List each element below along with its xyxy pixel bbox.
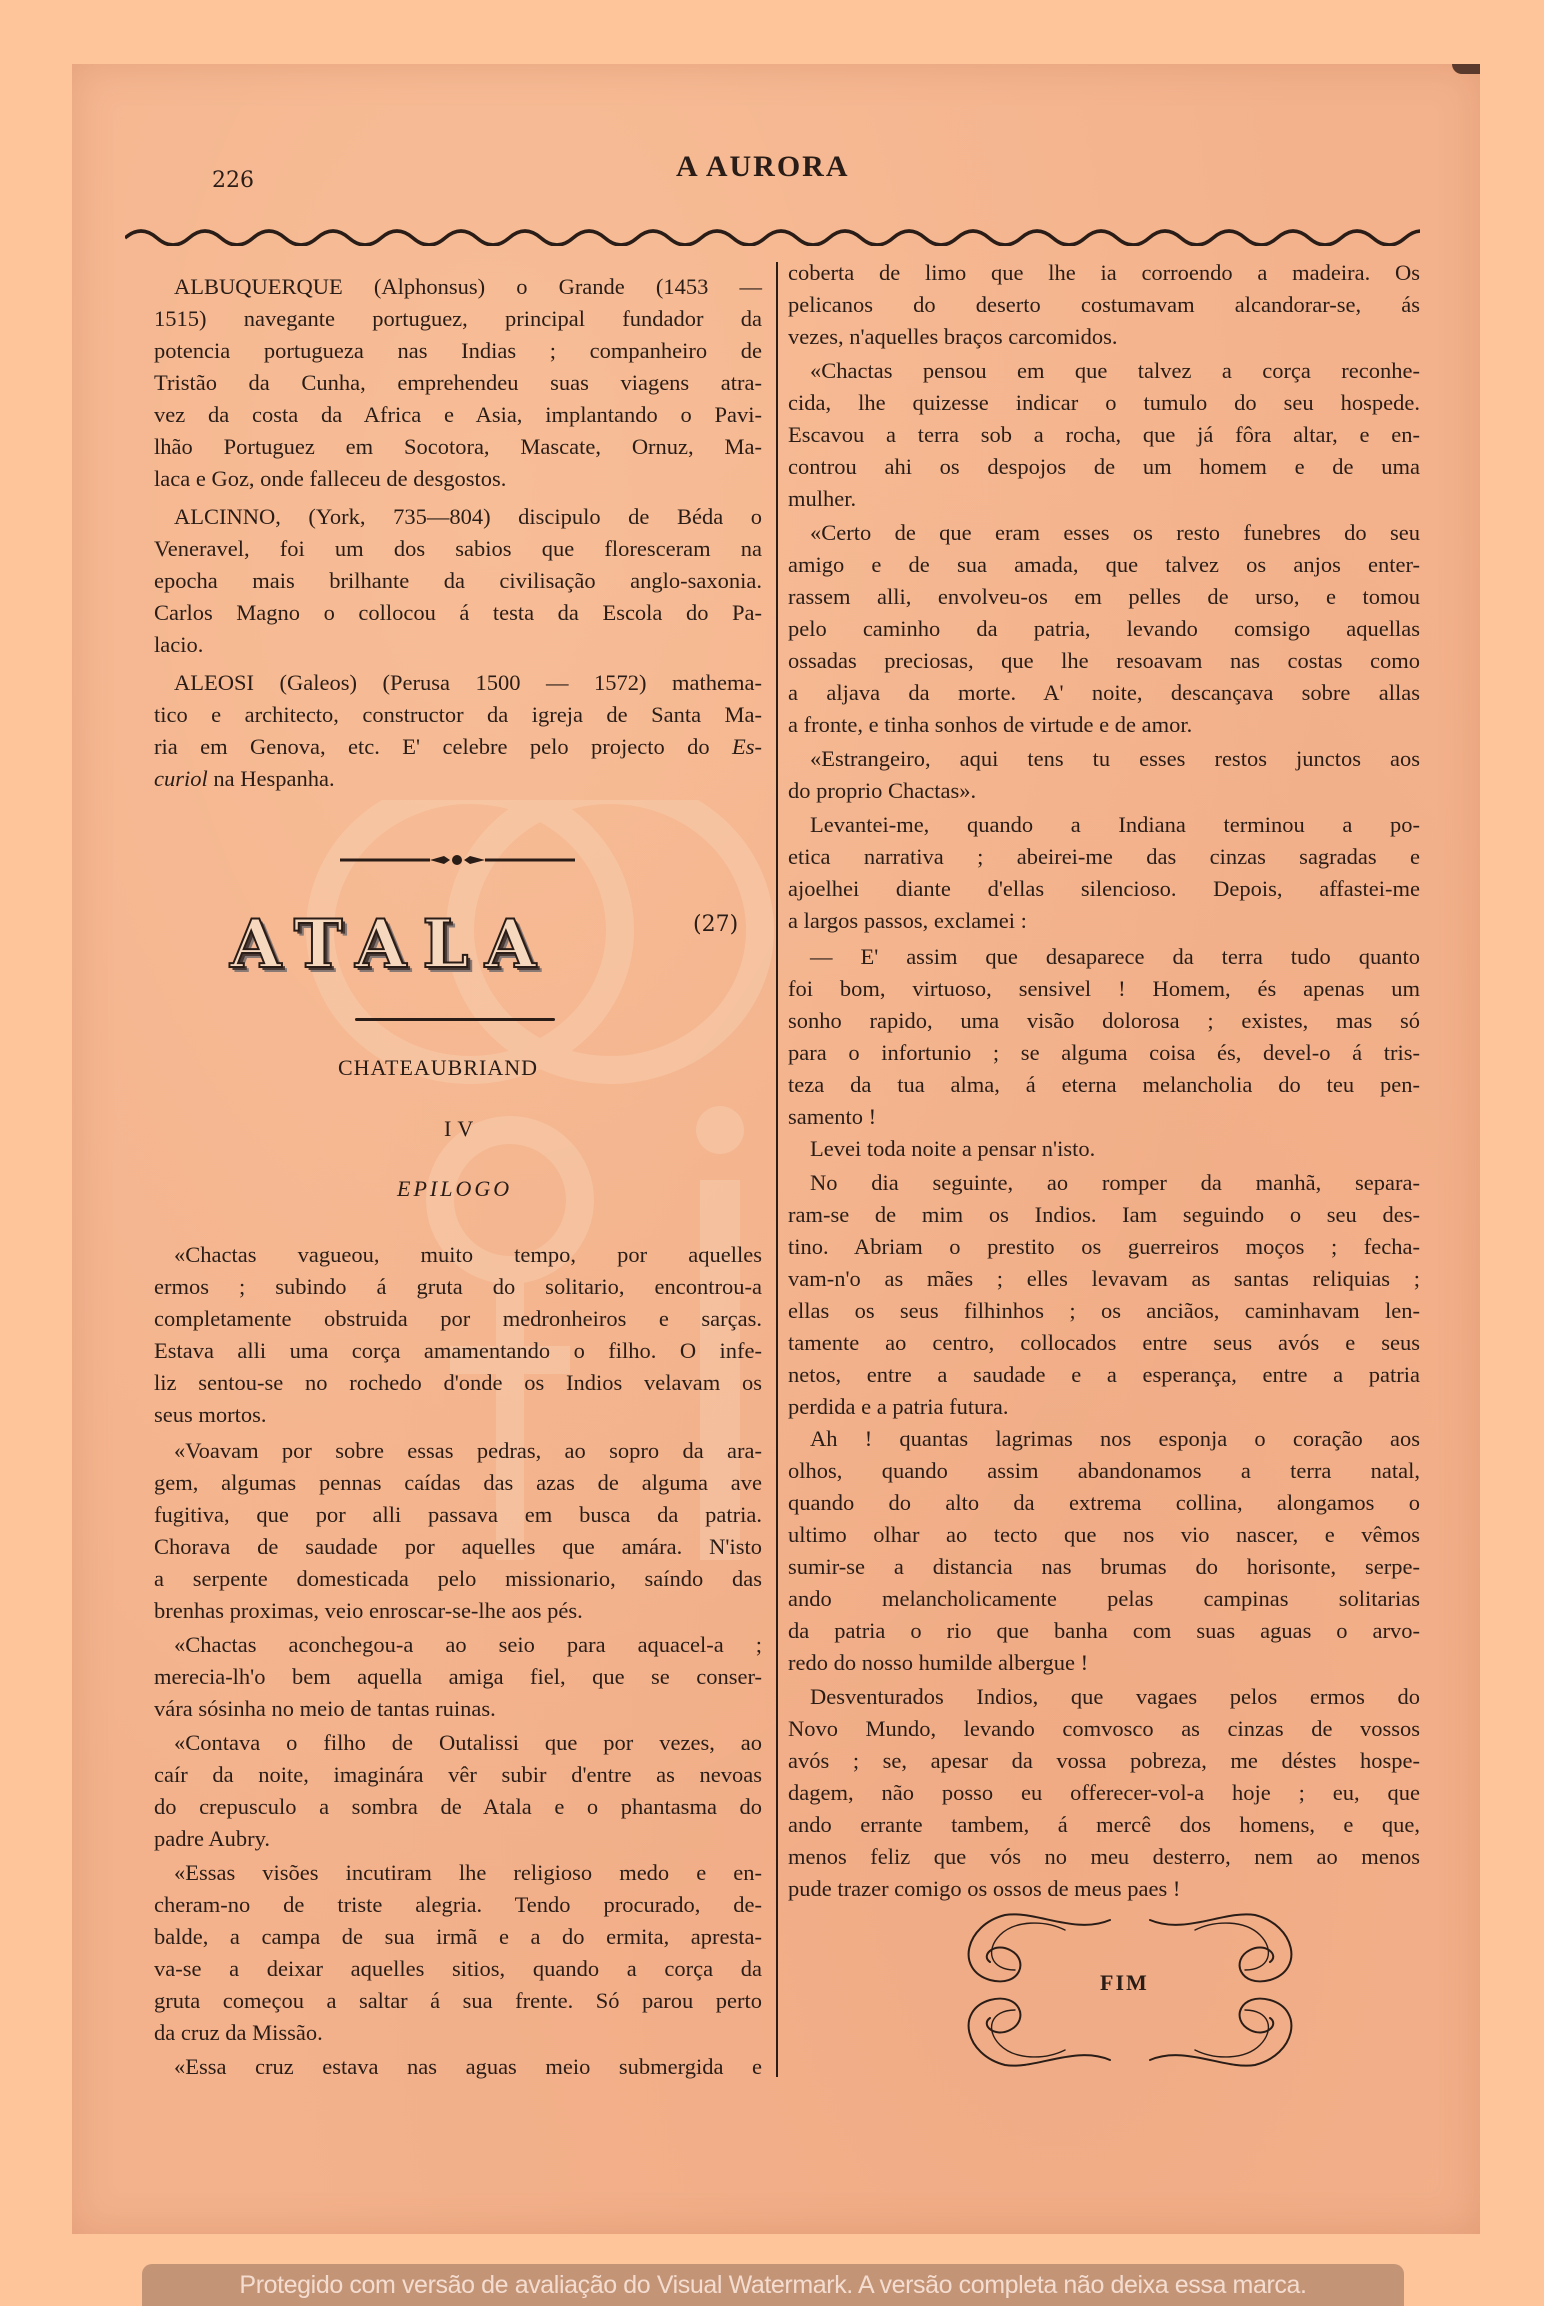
chapter-number: IV (444, 1116, 479, 1142)
text-line: samento ! (788, 1102, 1420, 1132)
serial-title: ATALA (230, 905, 552, 983)
text-line: lacio. (154, 630, 762, 660)
text-line: ria em Genova, etc. E' celebre pelo proj… (154, 732, 762, 762)
text-line: «Chactas pensou em que talvez a corça re… (810, 356, 1420, 386)
text-line: quando do alto da extrema collina, along… (788, 1488, 1420, 1518)
text-line: Levantei-me, quando a Indiana terminou a… (810, 810, 1420, 840)
text-line: etica narrativa ; abeirei-me das cinzas … (788, 842, 1420, 872)
title-underline (355, 1018, 555, 1021)
text-line: 1515) navegante portuguez, principal fun… (154, 304, 762, 334)
text-line: ajoelhei diante d'ellas silencioso. Depo… (788, 874, 1420, 904)
text-line: controu ahi os despojos de um homem e de… (788, 452, 1420, 482)
text-line: vára sósinha no meio de tantas ruinas. (154, 1694, 762, 1724)
text-line: Tristão da Cunha, emprehendeu suas viage… (154, 368, 762, 398)
column-divider (776, 262, 778, 2077)
page-number: 226 (212, 168, 254, 193)
text-line: ossadas preciosas, que lhe resoavam nas … (788, 646, 1420, 676)
text-line: netos, entre a saudade e a esperança, en… (788, 1360, 1420, 1390)
text-line: foi bom, virtuoso, sensivel ! Homem, és … (788, 974, 1420, 1004)
text-line: balde, a campa de sua irmã e a do ermita… (154, 1922, 762, 1952)
text-line: ALBUQUERQUE (Alphonsus) o Grande (1453 — (174, 272, 762, 302)
text-line: liz sentou-se no rochedo d'onde os Indio… (154, 1368, 762, 1398)
text-line: avós ; se, apesar da vossa pobreza, me d… (788, 1746, 1420, 1776)
text-line: Chorava de saudade por aquelles que amár… (154, 1532, 762, 1562)
text-line: brenhas proximas, veio enroscar-se-lhe a… (154, 1596, 762, 1626)
text-line: tico e architecto, constructor da igreja… (154, 700, 762, 730)
text-line: ermos ; subindo á gruta do solitario, en… (154, 1272, 762, 1302)
text-span: na Hespanha. (208, 766, 335, 791)
text-line: da patria o rio que banha com suas aguas… (788, 1616, 1420, 1646)
text-line: ellas os seus filhinhos ; os anciãos, ca… (788, 1296, 1420, 1326)
text-span: ria em Genova, etc. E' celebre pelo proj… (154, 734, 732, 759)
text-line: laca e Goz, onde falleceu de desgostos. (154, 464, 762, 494)
text-line: rassem alli, envolveu-os em pelles de ur… (788, 582, 1420, 612)
text-line: da cruz da Missão. (154, 2018, 762, 2048)
italic-span: Es- (732, 734, 762, 759)
text-line: perdida e a patria futura. (788, 1392, 1420, 1422)
text-line: tino. Abriam o prestito os guerreiros mo… (788, 1232, 1420, 1262)
text-line: «Voavam por sobre essas pedras, ao sopro… (174, 1436, 762, 1466)
diamond-rule-ornament-icon (340, 854, 575, 866)
text-line: sumir-se a distancia nas brumas do horis… (788, 1552, 1420, 1582)
text-line: vez da costa da Africa e Asia, implantan… (154, 400, 762, 430)
text-line: Desventurados Indios, que vagaes pelos e… (810, 1682, 1420, 1712)
text-line: Novo Mundo, levando comvosco as cinzas d… (788, 1714, 1420, 1744)
text-line: seus mortos. (154, 1400, 762, 1430)
text-line: Veneravel, foi um dos sabios que floresc… (154, 534, 762, 564)
italic-span: curiol (154, 766, 208, 791)
text-line: ultimo olhar ao tecto que nos vio nascer… (788, 1520, 1420, 1550)
text-line: epocha mais brilhante da civilisação ang… (154, 566, 762, 596)
text-line: merecia-lh'o bem aquella amiga fiel, que… (154, 1662, 762, 1692)
text-line: sonho rapido, uma visão dolorosa ; exist… (788, 1006, 1420, 1036)
text-line: redo do nosso humilde albergue ! (788, 1648, 1420, 1678)
wavy-rule-ornament-icon (125, 226, 1420, 246)
text-line: Ah ! quantas lagrimas nos esponja o cora… (810, 1424, 1420, 1454)
text-line: coberta de limo que lhe ia corroendo a m… (788, 258, 1420, 288)
text-line: a largos passos, exclamei : (788, 906, 1420, 936)
text-line: menos feliz que vós no meu desterro, nem… (788, 1842, 1420, 1872)
text-line: vam-n'o as mães ; elles levavam as santa… (788, 1264, 1420, 1294)
text-line: pelicanos do deserto costumavam alcandor… (788, 290, 1420, 320)
text-line: Escavou a terra sob a rocha, que já fôra… (788, 420, 1420, 450)
installment-number: (27) (693, 912, 738, 937)
text-line: vezes, n'aquelles braços carcomidos. (788, 322, 1420, 352)
text-line: gem, algumas pennas caídas das azas de a… (154, 1468, 762, 1498)
text-line: gruta começou a saltar á sua frente. Só … (154, 1986, 762, 2016)
text-line: a aljava da morte. A' noite, descançava … (788, 678, 1420, 708)
text-line: ALEOSI (Galeos) (Perusa 1500 — 1572) mat… (174, 668, 762, 698)
text-line: para o infortunio ; se alguma coisa és, … (788, 1038, 1420, 1068)
text-line: caír da noite, imaginára vêr subir d'ent… (154, 1760, 762, 1790)
text-line: padre Aubry. (154, 1824, 762, 1854)
text-line: Estava alli uma corça amamentando o filh… (154, 1336, 762, 1366)
text-line: ando melancholicamente pelas campinas so… (788, 1584, 1420, 1614)
author-name: CHATEAUBRIAND (338, 1055, 538, 1081)
text-line: do proprio Chactas». (788, 776, 1420, 806)
end-mark: FIM (1100, 1970, 1149, 1996)
text-line: lhão Portuguez em Socotora, Mascate, Orn… (154, 432, 762, 462)
text-line: cheram-no de triste alegria. Tendo procu… (154, 1890, 762, 1920)
text-line: fugitiva, que por alli passava em busca … (154, 1500, 762, 1530)
text-line: ando errante tambem, á mercê dos homens,… (788, 1810, 1420, 1840)
text-line: pelo caminho da patria, levando comsigo … (788, 614, 1420, 644)
text-line: curiol na Hespanha. (154, 764, 762, 794)
text-line: a serpente domesticada pelo missionario,… (154, 1564, 762, 1594)
text-line: completamente obstruida por medronheiros… (154, 1304, 762, 1334)
text-line: ram-se de mim os Indios. Iam seguindo o … (788, 1200, 1420, 1230)
running-title: A AURORA (676, 150, 850, 184)
watermark-banner-text: Protegido com versão de avaliação do Vis… (239, 2271, 1306, 2300)
text-line: cida, lhe quizesse indicar o tumulo do s… (788, 388, 1420, 418)
text-line: potencia portugueza nas Indias ; companh… (154, 336, 762, 366)
text-line: No dia seguinte, ao romper da manhã, sep… (810, 1168, 1420, 1198)
text-line: «Estrangeiro, aqui tens tu esses restos … (810, 744, 1420, 774)
text-line: dagem, não posso eu offerecer-vol-a hoje… (788, 1778, 1420, 1808)
text-line: Carlos Magno o collocou á testa da Escol… (154, 598, 762, 628)
text-line: do crepusculo a sombra de Atala e o phan… (154, 1792, 762, 1822)
text-line: «Chactas vagueou, muito tempo, por aquel… (174, 1240, 762, 1270)
text-line: — E' assim que desaparece da terra tudo … (810, 942, 1420, 972)
text-line: amigo e de sua amada, que talvez os anjo… (788, 550, 1420, 580)
text-line: «Essa cruz estava nas aguas meio submerg… (174, 2052, 762, 2082)
text-line: «Certo de que eram esses os resto funebr… (810, 518, 1420, 548)
text-line: a fronte, e tinha sonhos de virtude e de… (788, 710, 1420, 740)
text-line: «Essas visões incutiram lhe religioso me… (174, 1858, 762, 1888)
text-line: «Chactas aconchegou-a ao seio para aquac… (174, 1630, 762, 1660)
text-line: olhos, quando assim abandonamos a terra … (788, 1456, 1420, 1486)
text-line: ALCINNO, (York, 735—804) discipulo de Bé… (174, 502, 762, 532)
text-line: Levei toda noite a pensar n'isto. (810, 1134, 1420, 1164)
watermark-banner: Protegido com versão de avaliação do Vis… (142, 2264, 1404, 2306)
text-line: teza da tua alma, á eterna melancholia d… (788, 1070, 1420, 1100)
text-line: «Contava o filho de Outalissi que por ve… (174, 1728, 762, 1758)
text-line: tamente ao centro, collocados entre seus… (788, 1328, 1420, 1358)
text-line: mulher. (788, 484, 1420, 514)
section-title: EPILOGO (397, 1176, 512, 1202)
text-line: va-se a deixar aquelles sitios, quando a… (154, 1954, 762, 1984)
